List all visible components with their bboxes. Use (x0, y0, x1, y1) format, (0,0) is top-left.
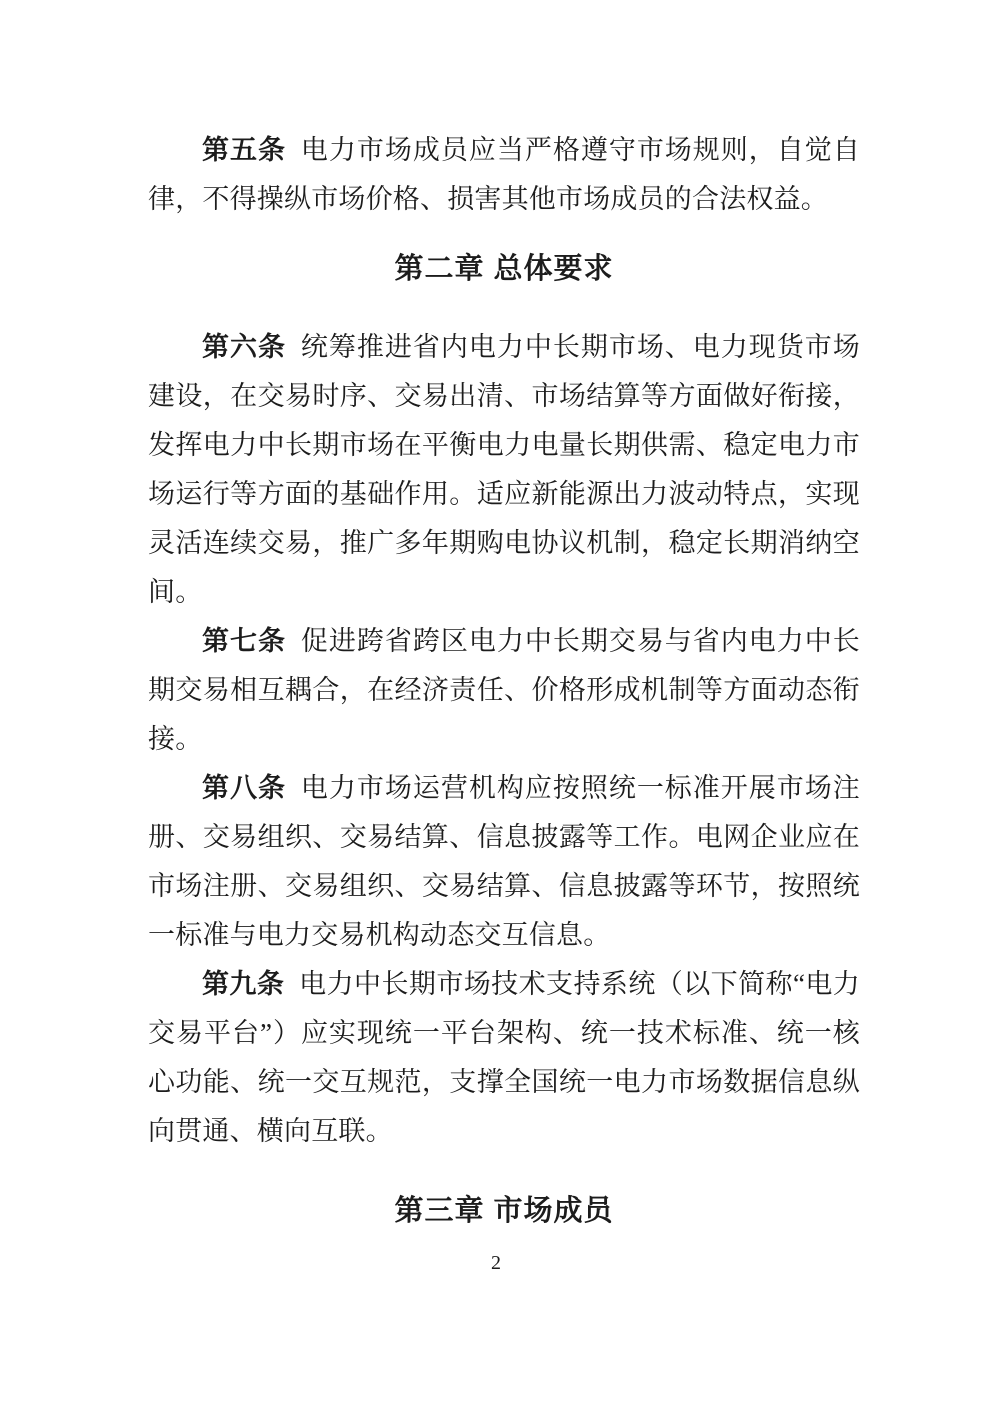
article-8-number: 第八条 (202, 773, 286, 803)
article-6-number: 第六条 (202, 332, 286, 362)
page-number: 2 (0, 1248, 992, 1278)
article-7-paragraph: 第七条促进跨省跨区电力中长期交易与省内电力中长期交易相互耦合，在经济责任、价格形… (148, 617, 860, 764)
document-page: 第五条电力市场成员应当严格遵守市场规则，自觉自律，不得操纵市场价格、损害其他市场… (0, 0, 992, 1403)
article-6-paragraph: 第六条统筹推进省内电力中长期市场、电力现货市场建设，在交易时序、交易出清、市场结… (148, 323, 860, 617)
article-9-number: 第九条 (202, 969, 284, 999)
article-6-text: 统筹推进省内电力中长期市场、电力现货市场建设，在交易时序、交易出清、市场结算等方… (148, 332, 860, 607)
article-8-paragraph: 第八条电力市场运营机构应按照统一标准开展市场注册、交易组织、交易结算、信息披露等… (148, 764, 860, 960)
article-5-number: 第五条 (202, 135, 286, 165)
article-9-paragraph: 第九条电力中长期市场技术支持系统（以下简称“电力交易平台”）应实现统一平台架构、… (148, 960, 860, 1156)
chapter-2-heading: 第二章 总体要求 (148, 245, 860, 294)
article-5-paragraph: 第五条电力市场成员应当严格遵守市场规则，自觉自律，不得操纵市场价格、损害其他市场… (148, 126, 860, 224)
chapter-3-heading: 第三章 市场成员 (148, 1187, 860, 1236)
article-7-number: 第七条 (202, 626, 286, 656)
document-body: 第五条电力市场成员应当严格遵守市场规则，自觉自律，不得操纵市场价格、损害其他市场… (148, 126, 860, 1236)
